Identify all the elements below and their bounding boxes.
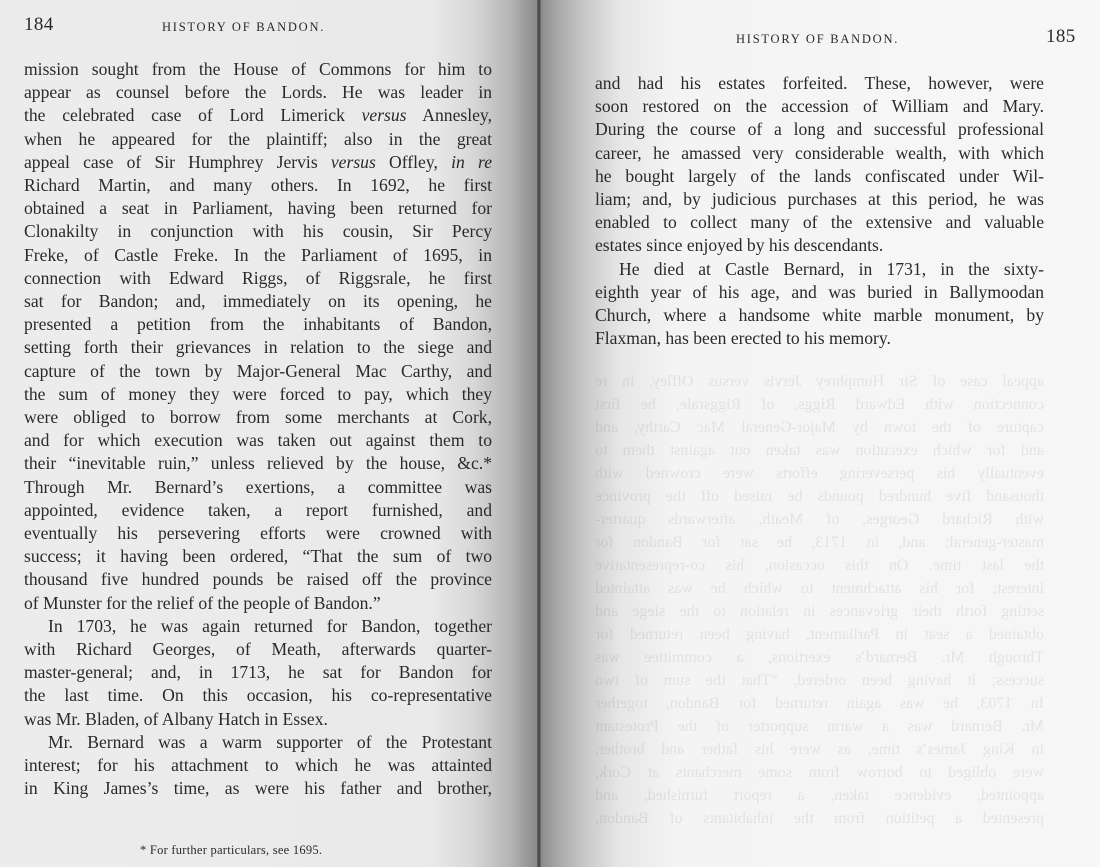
text-line: appointed, evidence taken, a report furn…: [24, 499, 492, 522]
text-line: master-general; and, in 1713, he sat for…: [24, 661, 492, 684]
text-line: thousand five hundred pounds be raised o…: [24, 568, 492, 591]
text-line: presented a petition from the inhabitant…: [24, 313, 492, 336]
text-line: of Munster for the relief of the people …: [24, 592, 492, 615]
text-line: and for which execution was taken out ag…: [24, 429, 492, 452]
text-line: career, he amassed very considerable wea…: [595, 142, 1044, 165]
show-through-line: and for which execution was taken out ag…: [595, 439, 1044, 462]
text-line: Through Mr. Bernard’s exertions, a commi…: [24, 476, 492, 499]
italic-versus: versus: [362, 105, 407, 125]
text-line: sat for Bandon; and, immediately on its …: [24, 290, 492, 313]
text-line: soon restored on the accession of Willia…: [595, 95, 1044, 118]
paragraph-start: He died at Castle Bernard, in 1731, in t…: [595, 258, 1044, 281]
paragraph-start: Mr. Bernard was a warm supporter of the …: [24, 731, 492, 754]
text-line-italic: appeal case of Sir Humphrey Jervis versu…: [24, 151, 492, 174]
show-through-line: interest; for his attachment to which he…: [595, 577, 1044, 600]
text-line: in King James’s time, as were his father…: [24, 777, 492, 800]
show-through-line: appeal case of Sir Humphrey Jervis versu…: [595, 370, 1044, 393]
show-through-line: success; it having been ordered, “That t…: [595, 669, 1044, 692]
text-line: Clonakilty in conjunction with his cousi…: [24, 220, 492, 243]
show-through-line: eventually his persevering efforts were …: [595, 462, 1044, 485]
show-through-line: the last time. On this occasion, his co-…: [595, 554, 1044, 577]
footnote: * For further particulars, see 1695.: [140, 843, 322, 858]
text-line: he bought largely of the lands confiscat…: [595, 165, 1044, 188]
text-line: were obliged to borrow from some merchan…: [24, 406, 492, 429]
book-spread: 184 HISTORY OF BANDON. mission sought fr…: [0, 0, 1100, 867]
show-through-line: Mr. Bernard was a warm supporter of the …: [595, 715, 1044, 738]
text-line: Flaxman, has been erected to his memory.: [595, 327, 1044, 350]
text-line: appear as counsel before the Lords. He w…: [24, 81, 492, 104]
left-page-body: mission sought from the House of Commons…: [24, 58, 492, 801]
show-through-line: appointed, evidence taken, a report furn…: [595, 784, 1044, 807]
show-through-line: In 1703, he was again returned for Bando…: [595, 692, 1044, 715]
show-through-text: appeal case of Sir Humphrey Jervis versu…: [595, 370, 1044, 830]
running-head-right: HISTORY OF BANDON.: [736, 32, 899, 47]
text-line: and had his estates forfeited. These, ho…: [595, 72, 1044, 95]
text-line: Freke, of Castle Freke. In the Parliamen…: [24, 244, 492, 267]
text-line: Richard Martin, and many others. In 1692…: [24, 174, 492, 197]
text-line: connection with Edward Riggs, of Riggsra…: [24, 267, 492, 290]
text-line: enabled to collect many of the extensive…: [595, 211, 1044, 234]
text-line: mission sought from the House of Commons…: [24, 58, 492, 81]
right-page-body: and had his estates forfeited. These, ho…: [595, 72, 1044, 350]
page-number-left: 184: [24, 14, 54, 36]
italic-versus: versus: [331, 152, 376, 172]
text-line: with Richard Georges, of Meath, afterwar…: [24, 638, 492, 661]
text-line: eighth year of his age, and was buried i…: [595, 281, 1044, 304]
text-line: the sum of money they were forced to pay…: [24, 383, 492, 406]
text-line: was Mr. Bladen, of Albany Hatch in Essex…: [24, 708, 492, 731]
text-line: setting forth their grievances in relati…: [24, 336, 492, 359]
text-line: estates since enjoyed by his descendants…: [595, 234, 1044, 257]
show-through-line: setting forth their grievances in relati…: [595, 600, 1044, 623]
show-through-line: with Richard Georges, of Meath, afterwar…: [595, 508, 1044, 531]
show-through-line: capture of the town by Major-General Mac…: [595, 416, 1044, 439]
show-through-line: Through Mr. Bernard’s exertions, a commi…: [595, 646, 1044, 669]
text-line: Church, where a handsome white marble mo…: [595, 304, 1044, 327]
text-line: liam; and, by judicious purchases at thi…: [595, 188, 1044, 211]
left-page: 184 HISTORY OF BANDON. mission sought fr…: [0, 0, 537, 867]
text-line-italic: the celebrated case of Lord Limerick ver…: [24, 104, 492, 127]
text-line: capture of the town by Major-General Mac…: [24, 360, 492, 383]
text-line: During the course of a long and successf…: [595, 118, 1044, 141]
text-line: interest; for his attachment to which he…: [24, 754, 492, 777]
show-through-line: were obliged to borrow from some merchan…: [595, 761, 1044, 784]
paragraph-start: In 1703, he was again returned for Bando…: [24, 615, 492, 638]
show-through-line: connection with Edward Riggs, of Riggsra…: [595, 393, 1044, 416]
show-through-line: in King James’s time, as were his father…: [595, 738, 1044, 761]
text-line-footnote-ref: their “inevitable ruin,” unless relieved…: [24, 452, 492, 475]
page-number-right: 185: [1046, 26, 1076, 48]
text-line: when he appeared for the plaintiff; also…: [24, 128, 492, 151]
text-line: the last time. On this occasion, his co-…: [24, 684, 492, 707]
italic-in-re: in re: [451, 152, 492, 172]
text-line: obtained a seat in Parliament, having be…: [24, 197, 492, 220]
text-line: eventually his persevering efforts were …: [24, 522, 492, 545]
show-through-line: obtained a seat in Parliament, having be…: [595, 623, 1044, 646]
show-through-line: thousand five hundred pounds be raised o…: [595, 485, 1044, 508]
running-head-left: HISTORY OF BANDON.: [162, 20, 325, 35]
text-line: success; it having been ordered, “That t…: [24, 545, 492, 568]
show-through-line: presented a petition from the inhabitant…: [595, 807, 1044, 830]
right-page: HISTORY OF BANDON. 185 and had his estat…: [541, 0, 1100, 867]
show-through-line: master-general; and, in 1713, he sat for…: [595, 531, 1044, 554]
